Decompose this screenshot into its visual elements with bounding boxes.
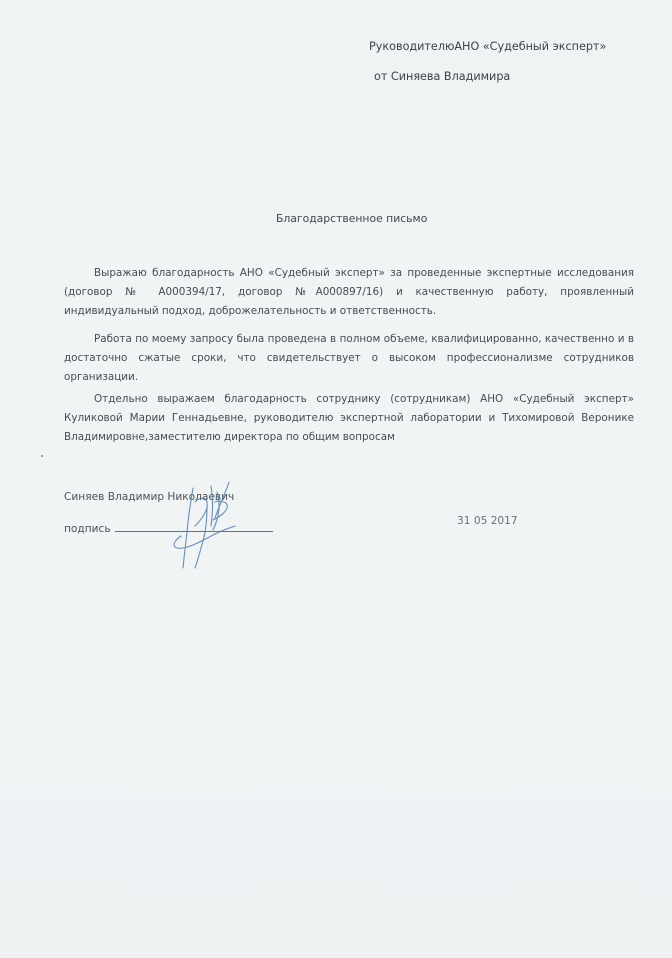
paragraph-text: Работа по моему запросу была проведена в… (64, 333, 634, 383)
paragraph-gratitude: Выражаю благодарность АНО «Судебный эксп… (64, 264, 634, 322)
paragraph-staff-thanks: Отдельно выражаем благодарность сотрудни… (64, 390, 634, 448)
scan-speck (41, 455, 43, 457)
paragraph-text: Отдельно выражаем благодарность сотрудни… (64, 393, 634, 443)
letter-page: РуководителюАНО «Судебный эксперт» от Си… (0, 0, 672, 958)
paragraph-quality: Работа по моему запросу была проведена в… (64, 330, 634, 388)
handwritten-signature-icon (155, 478, 275, 578)
signature-label: подпись (64, 522, 111, 536)
addressee-line: РуководителюАНО «Судебный эксперт» (369, 40, 606, 54)
paragraph-text: Выражаю благодарность АНО «Судебный эксп… (64, 267, 634, 317)
sender-line: от Синяева Владимира (374, 70, 510, 84)
letter-title: Благодарственное письмо (276, 212, 427, 226)
letter-date: 31 05 2017 (457, 514, 518, 528)
